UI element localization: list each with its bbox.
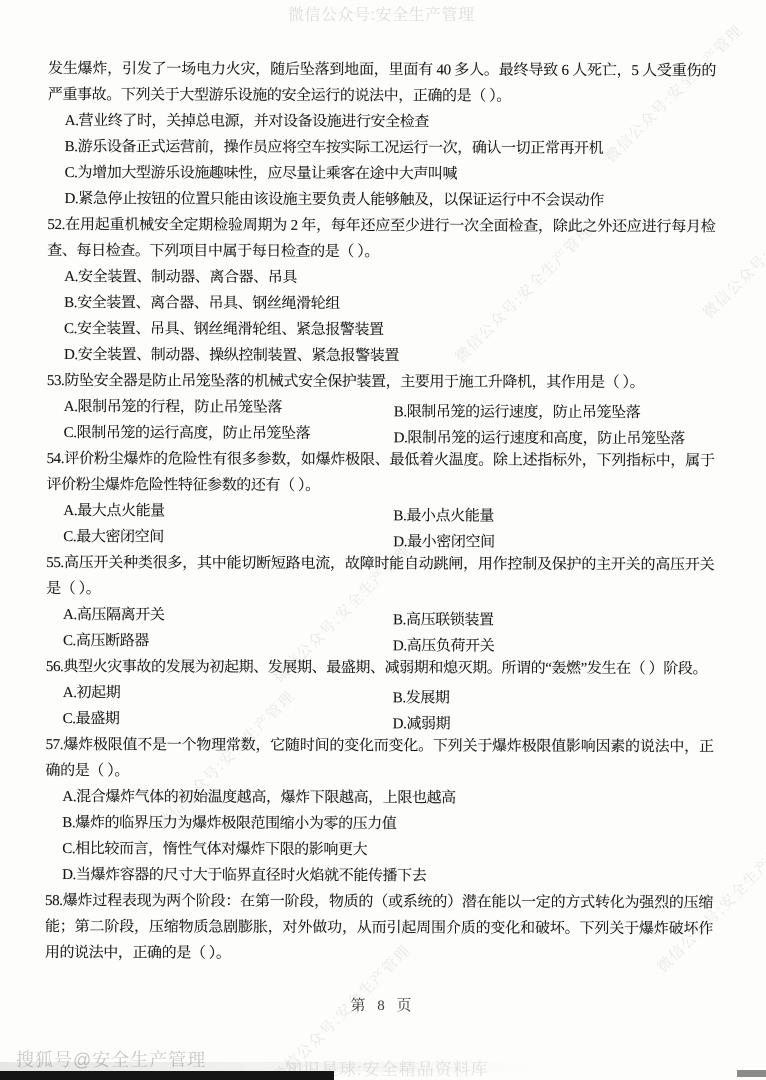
exam-questions: 发生爆炸，引发了一场电力火灾，随后坠落到地面，里面有 40 多人。最终导致 6 … (45, 56, 716, 968)
option-b: B.发展期 (376, 685, 714, 712)
option-d: D.当爆炸容器的尺寸大于临界直径时火焰就不能传播下去 (45, 862, 713, 890)
question-stem: 55.高压开关种类很多，其中能切断短路电流，故障时能自动跳闸，用作控制及保护的主… (46, 550, 714, 604)
question-55: 55.高压开关种类很多，其中能切断短路电流，故障时能自动跳闸，用作控制及保护的主… (46, 550, 714, 656)
watermark-wechat-top: 微信公众号:安全生产管理 (288, 2, 474, 25)
option-c: C.安全装置、吊具、钢丝绳滑轮组、紧急报警装置 (47, 316, 715, 344)
question-stem: 发生爆炸，引发了一场电力火灾，随后坠落到地面，里面有 40 多人。最终导致 6 … (48, 56, 716, 110)
option-c: C.为增加大型游乐设施趣味性，应尽量让乘客在途中大声叫喊 (48, 160, 716, 188)
option-a: A.安全装置、制动器、离合器、吊具 (47, 264, 715, 292)
option-b: B.安全装置、离合器、吊具、钢丝绳滑轮组 (47, 290, 715, 318)
option-b: B.高压联锁装置 (376, 607, 714, 634)
question-52: 52.在用起重机械安全定期检验周期为 2 年，每年还应至少进行一次全面检查，除此… (47, 212, 716, 370)
option-a: A.营业终了时，关掉总电源，并对设备设施进行安全检查 (48, 108, 716, 136)
scan-edge-mark (737, 1070, 766, 1077)
question-57: 57.爆炸极限值不是一个物理常数，它随时间的变化而变化。下列关于爆炸极限值影响因… (45, 732, 714, 890)
question-stem: 57.爆炸极限值不是一个物理常数，它随时间的变化而变化。下列关于爆炸极限值影响因… (45, 732, 713, 786)
option-a: A.限制吊笼的行程，防止吊笼坠落 (47, 394, 377, 421)
option-d: D.安全装置、制动器、操纵控制装置、紧急报警装置 (47, 342, 715, 370)
option-b: B.最小点火能量 (376, 503, 714, 530)
scan-edge-black-bar (0, 1071, 334, 1080)
option-d: D.最小密闭空间 (376, 529, 714, 556)
option-c: C.高压断路器 (46, 628, 376, 655)
question-stem: 53.防坠安全器是防止吊笼坠落的机械式安全保护装置，主要用于施工升降机，其作用是… (47, 368, 715, 396)
scanned-exam-page: 微信公众号:安全生产管理 微信公众号:安全生产管理 微信公众号:安全生产管理 微… (0, 0, 766, 1080)
option-d: D.限制吊笼的运行速度和高度，防止吊笼坠落 (377, 425, 715, 452)
option-a: A.初起期 (46, 680, 376, 707)
option-a: A.混合爆炸气体的初始温度越高，爆炸下限越高，上限也越高 (45, 784, 713, 812)
option-d: D.高压负荷开关 (376, 633, 714, 660)
question-51-continuation: 发生爆炸，引发了一场电力火灾，随后坠落到地面，里面有 40 多人。最终导致 6 … (47, 56, 716, 214)
question-56: 56.典型火灾事故的发展为初起期、发展期、最盛期、减弱期和熄灭期。所谓的“轰燃”… (46, 654, 714, 734)
question-58: 58.爆炸过程表现为两个阶段：在第一阶段，物质的（或系统的）潜在能以一定的方式转… (45, 888, 713, 968)
option-d: D.减弱期 (376, 711, 714, 738)
option-a: A.高压隔离开关 (46, 602, 376, 629)
question-stem: 54.评价粉尘爆炸的危险性有很多参数，如爆炸极限、最低着火温度。除上述指标外，下… (46, 446, 714, 500)
page-number: 第 8 页 (0, 994, 766, 1015)
option-b: B.游乐设备正式运营前，操作员应将空车按实际工况运行一次，确认一切正常再开机 (48, 134, 716, 162)
option-c: C.最大密闭空间 (46, 524, 376, 551)
option-a: A.最大点火能量 (46, 498, 376, 525)
question-stem: 52.在用起重机械安全定期检验周期为 2 年，每年还应至少进行一次全面检查，除此… (47, 212, 715, 266)
option-b: B.限制吊笼的运行速度，防止吊笼坠落 (377, 399, 715, 426)
question-stem: 58.爆炸过程表现为两个阶段：在第一阶段，物质的（或系统的）潜在能以一定的方式转… (45, 888, 713, 968)
question-54: 54.评价粉尘爆炸的危险性有很多参数，如爆炸极限、最低着火温度。除上述指标外，下… (46, 446, 714, 552)
option-d: D.紧急停止按钮的位置只能由该设施主要负责人能够触及，以保证运行中不会误动作 (47, 186, 715, 214)
option-c: C.相比较而言，惰性气体对爆炸下限的影响更大 (45, 836, 713, 864)
question-53: 53.防坠安全器是防止吊笼坠落的机械式安全保护装置，主要用于施工升降机，其作用是… (47, 368, 715, 448)
option-c: C.限制吊笼的运行高度，防止吊笼坠落 (47, 420, 377, 447)
option-b: B.爆炸的临界压力为爆炸极限范围缩小为零的压力值 (45, 810, 713, 838)
option-c: C.最盛期 (46, 706, 376, 733)
